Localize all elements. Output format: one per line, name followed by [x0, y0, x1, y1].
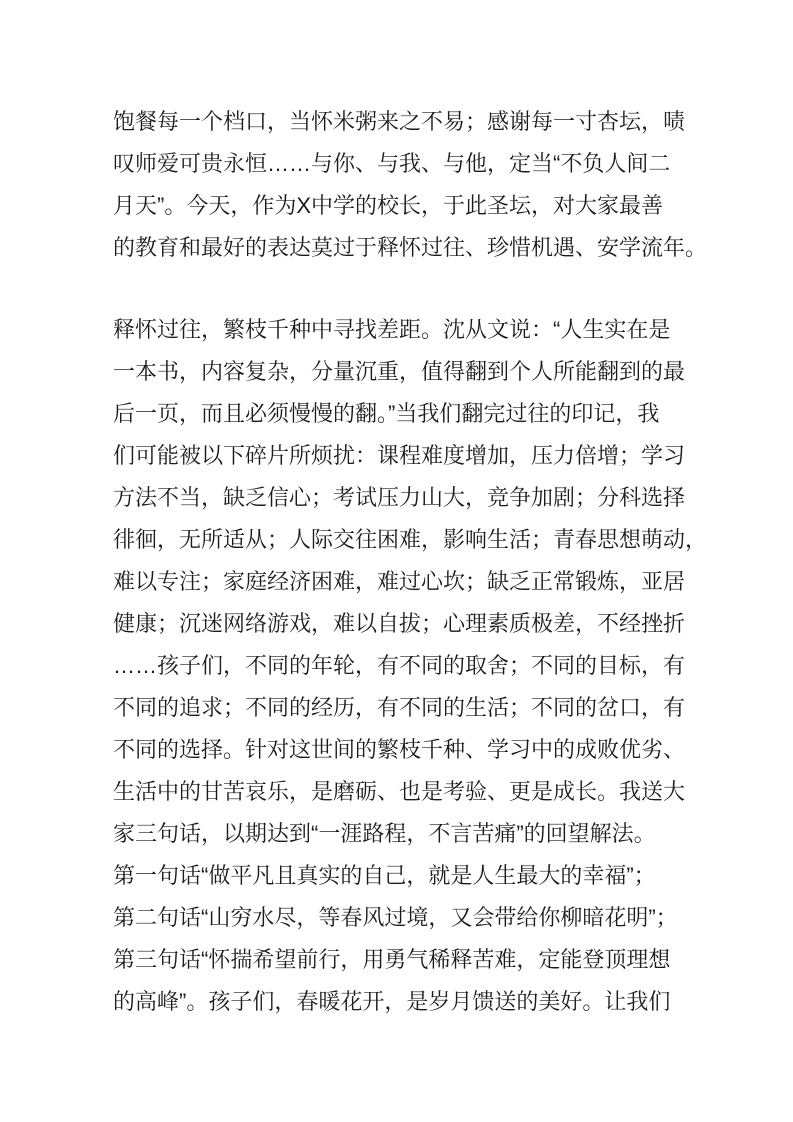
text-line: ……孩子们，不同的年轮，有不同的取舍；不同的目标，有 — [113, 645, 685, 687]
text-line: 叹师爱可贵永恒……与你、与我、与他，定当“不负人间二 — [113, 143, 685, 185]
text-line: 不同的选择。针对这世间的繁枝千种、学习中的成败优劣、 — [113, 729, 685, 771]
text-line: 的教育和最好的表达莫过于释怀过往、珍惜机遇、安学流年。 — [113, 227, 685, 269]
text-line: 一本书，内容复杂，分量沉重，值得翻到个人所能翻到的最 — [113, 351, 685, 393]
text-line: 释怀过往，繁枝千种中寻找差距。沈从文说：“人生实在是 — [113, 309, 685, 351]
text-line: 徘徊，无所适从；人际交往困难，影响生活；青春思想萌动， — [113, 519, 685, 561]
text-line: 饱餐每一个档口，当怀米粥来之不易；感谢每一寸杏坛，啧 — [113, 101, 685, 143]
text-line: 的高峰”。孩子们，春暖花开，是岁月馈送的美好。让我们 — [113, 981, 685, 1023]
document-body: 饱餐每一个档口，当怀米粥来之不易；感谢每一寸杏坛，啧叹师爱可贵永恒……与你、与我… — [113, 101, 685, 1063]
text-line: 难以专注；家庭经济困难，难过心坎；缺乏正常锻炼，亚居 — [113, 561, 685, 603]
text-line: 方法不当，缺乏信心；考试压力山大，竞争加剧；分科选择 — [113, 477, 685, 519]
paragraph: 饱餐每一个档口，当怀米粥来之不易；感谢每一寸杏坛，啧叹师爱可贵永恒……与你、与我… — [113, 101, 685, 269]
document-page: 饱餐每一个档口，当怀米粥来之不易；感谢每一寸杏坛，啧叹师爱可贵永恒……与你、与我… — [0, 0, 793, 1122]
text-line: 第一句话“做平凡且真实的自己，就是人生最大的幸福”； — [113, 855, 685, 897]
text-line: 月天”。今天，作为X中学的校长，于此圣坛，对大家最善 — [113, 185, 685, 227]
text-line: 第二句话“山穷水尽，等春风过境，又会带给你柳暗花明”； — [113, 897, 685, 939]
text-line: 第三句话“怀揣希望前行，用勇气稀释苦难，定能登顶理想 — [113, 939, 685, 981]
paragraph: 释怀过往，繁枝千种中寻找差距。沈从文说：“人生实在是一本书，内容复杂，分量沉重，… — [113, 309, 685, 1023]
text-line: 生活中的甘苦哀乐，是磨砺、也是考验、更是成长。我送大 — [113, 771, 685, 813]
text-line: 们可能被以下碎片所烦扰：课程难度增加，压力倍增；学习 — [113, 435, 685, 477]
text-line: 健康；沉迷网络游戏，难以自拔；心理素质极差，不经挫折 — [113, 603, 685, 645]
text-line: 家三句话，以期达到“一涯路程，不言苦痛”的回望解法。 — [113, 813, 685, 855]
text-line: 后一页，而且必须慢慢的翻。”当我们翻完过往的印记，我 — [113, 393, 685, 435]
text-line: 不同的追求；不同的经历，有不同的生活；不同的岔口，有 — [113, 687, 685, 729]
